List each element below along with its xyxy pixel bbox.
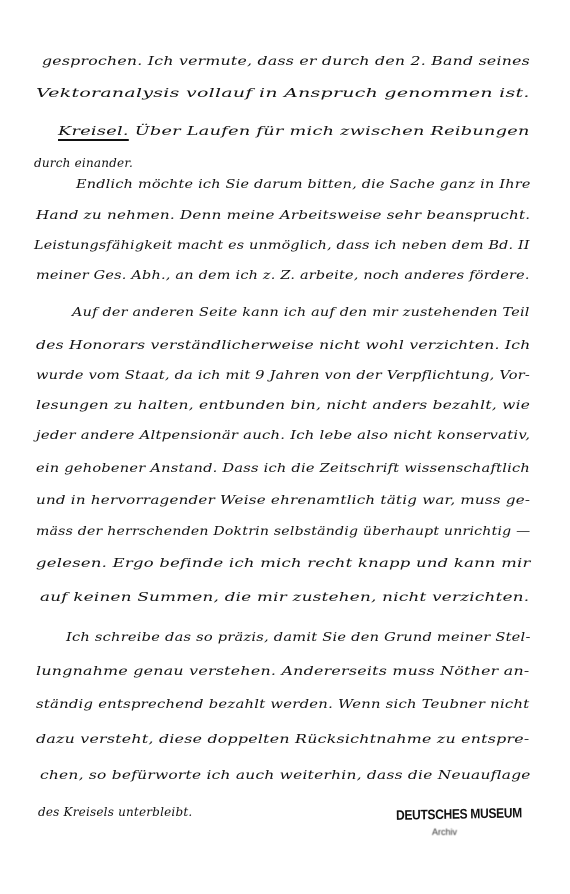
- text-line: lesungen zu halten, entbunden bin, nicht…: [36, 398, 530, 412]
- text-line: Endlich möchte ich Sie darum bitten, die…: [76, 177, 531, 191]
- text-line: durch einander.: [34, 156, 133, 170]
- text-line: meiner Ges. Abh., an dem ich z. Z. arbei…: [36, 268, 530, 282]
- text-line: Vektoranalysis vollauf in Anspruch genom…: [36, 86, 530, 100]
- archive-stamp-subtitle: Archiv: [432, 827, 457, 837]
- text-line: lungnahme genau verstehen. Andererseits …: [36, 664, 530, 678]
- text-line: des Honorars verständlicherweise nicht w…: [36, 338, 530, 352]
- archive-stamp: DEUTSCHES MUSEUM: [396, 805, 522, 824]
- text-line: des Kreisels unterbleibt.: [38, 805, 192, 819]
- text-line: mäss der herrschenden Doktrin selbständi…: [36, 524, 530, 538]
- text-line: Ich schreibe das so präzis, damit Sie de…: [66, 630, 531, 644]
- text-line: ständig entsprechend bezahlt werden. Wen…: [36, 697, 529, 711]
- text-line: Leistungsfähigkeit macht es unmöglich, d…: [34, 238, 530, 252]
- text-line: dazu versteht, diese doppelten Rücksicht…: [36, 732, 529, 746]
- text-line: Hand zu nehmen. Denn meine Arbeitsweise …: [36, 208, 530, 222]
- text-line: und in hervorragender Weise ehrenamtlich…: [36, 493, 530, 507]
- text-line: auf keinen Summen, die mir zustehen, nic…: [40, 590, 529, 604]
- text-line: gelesen. Ergo befinde ich mich recht kna…: [36, 556, 531, 570]
- section-heading: Kreisel. Über Laufen für mich zwischen R…: [58, 124, 530, 138]
- text-line: Auf der anderen Seite kann ich auf den m…: [72, 305, 530, 319]
- text-line: jeder andere Altpensionär auch. Ich lebe…: [36, 428, 530, 442]
- text-line: Über Laufen für mich zwischen Reibungen: [135, 124, 530, 138]
- letter-page: gesprochen. Ich vermute, dass er durch d…: [0, 0, 570, 894]
- text-line: gesprochen. Ich vermute, dass er durch d…: [42, 54, 530, 68]
- heading-kreisel: Kreisel.: [58, 124, 129, 138]
- text-line: ein gehobener Anstand. Dass ich die Zeit…: [36, 461, 530, 475]
- text-line: chen, so befürworte ich auch weiterhin, …: [40, 768, 531, 782]
- text-line: wurde vom Staat, da ich mit 9 Jahren von…: [36, 368, 530, 382]
